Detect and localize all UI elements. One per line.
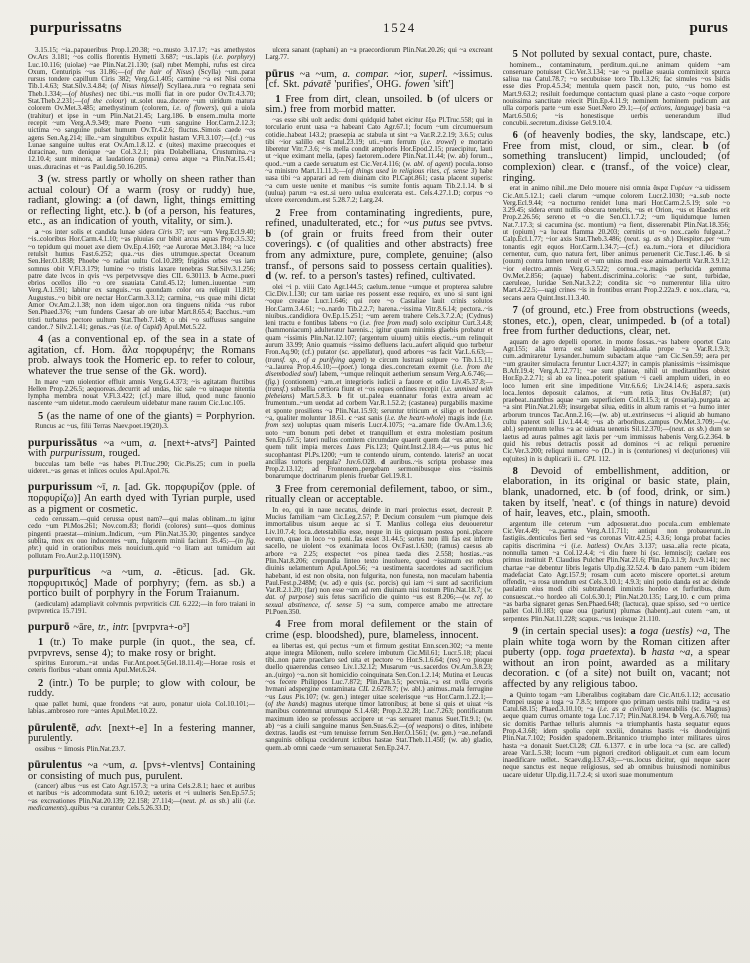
- sense-block: 2 (intr.) To be purple; to glow with col…: [28, 679, 255, 700]
- page-number: 1524: [383, 21, 416, 36]
- sense-block: 4 Free from moral defilement or the stai…: [265, 620, 492, 641]
- headword-right: purus: [689, 20, 728, 37]
- sense-block: 2 Free from contaminating ingredients, p…: [265, 209, 492, 283]
- quote-block: In eo, qui in naue necatus, deinde in ma…: [265, 507, 492, 616]
- columns: 3.15.15; ~ia..papaueribus Prop.1.20.38; …: [28, 46, 730, 812]
- quote-block: spiritus Eurorum..~at undas Fur.Ant.poet…: [28, 660, 255, 675]
- quote-block: ulcera sanant (raphani) an ~a praecordio…: [265, 47, 492, 62]
- quote-block: cedo cerussam.—quid cerussa opust nam?—q…: [28, 516, 255, 560]
- quote-block: a ~os inter solis et candida lunae sider…: [28, 229, 255, 331]
- sense-block: 1 Free from dirt, clean, unsoiled. b (of…: [265, 95, 492, 116]
- sense-block: 9 (in certain special uses): a toga (ues…: [503, 627, 730, 691]
- entry-block: purpurīticus ~a ~um, a. -ēticus. [ad. Gk…: [28, 567, 255, 600]
- quote-block: (aediculam) adampliavit colvmnis pvrpvri…: [28, 601, 255, 616]
- quote-block: hominem.., contaminatum, perditum..qui..…: [503, 62, 730, 128]
- quote-block: aquam de agro depelli oportet. in monte …: [503, 339, 730, 463]
- sense-block: 7 (of ground, etc.) Free from obstructio…: [503, 306, 730, 338]
- sense-block: 3 (w. stress partly or wholly on sheen r…: [28, 175, 255, 228]
- quote-block: In mare ~um uiolentior effluit amnis Ver…: [28, 379, 255, 408]
- entry-block: pūrulentē, adv. [next+-e] In a festering…: [28, 723, 255, 745]
- headword-left: purpurissatns: [30, 20, 122, 37]
- entry-block: purpurō ~āre, tr., intr. [pvrpvra+-o³]: [28, 622, 255, 634]
- column-3: 5 Not polluted by sexual contact, pure, …: [503, 46, 730, 812]
- entry-block: pūrus ~a ~um, a. compar. ~ior, superl. ~…: [265, 69, 492, 91]
- sense-block: 5 Not polluted by sexual contact, pure, …: [503, 50, 730, 61]
- sense-block: 3 Free from ceremonial defilement, taboo…: [265, 485, 492, 506]
- quote-block: ~as esse sibi uolt aedis: domi quidquid …: [265, 117, 492, 205]
- sense-block: 6 (of heavenly bodies, the sky, landscap…: [503, 131, 730, 184]
- dictionary-page: purpurissatns 1524 purus 3.15.15; ~ia..p…: [0, 0, 750, 963]
- entry-block: pūrulentus ~a ~um, a. [pvs+-vlentvs] Con…: [28, 760, 255, 782]
- sense-block: 1 (tr.) To make purple (in quot., the se…: [28, 638, 255, 659]
- column-1: 3.15.15; ~ia..papaueribus Prop.1.20.38; …: [28, 46, 255, 812]
- quote-block: ossibus ~ limosis Plin.Nat.23.7.: [28, 746, 255, 753]
- sense-block: 8 Devoid of embellishment, addition, or …: [503, 467, 730, 520]
- quote-block: 3.15.15; ~ia..papaueribus Prop.1.20.38; …: [28, 47, 255, 171]
- column-2: ulcera sanant (raphani) an ~a praecordio…: [265, 46, 492, 812]
- quote-block: erat in animo nihil..me Delo mouere nisi…: [503, 185, 730, 302]
- sense-block: 5 (as the name of one of the giants) = P…: [28, 412, 255, 423]
- quote-block: olei ~i p. viiii Cato Agr.144.5; caelum.…: [265, 284, 492, 481]
- running-head: purpurissatns 1524 purus: [28, 20, 730, 37]
- quote-block: ea libertas est, qui pectus ~um et firmu…: [265, 643, 492, 752]
- quote-block: argentum ille ceterum ~um adposuerat..du…: [503, 521, 730, 623]
- quote-block: Runcus ac ~us, filii Terras Naev.poet.19…: [28, 423, 255, 430]
- quote-block: a Quinto togam ~am Liberalibus cogitabam…: [503, 692, 730, 780]
- quote-block: quae pallet humi, quae frondens ~at auro…: [28, 701, 255, 716]
- entry-block: purpurissum ~ī, n. [ad. Gk. πορφυρίζον (…: [28, 482, 255, 515]
- sense-block: 4 (as a conventional ep. of the sea in a…: [28, 335, 255, 377]
- entry-block: purpurissātus ~a ~um, a. [next+-atvs²] P…: [28, 438, 255, 460]
- quote-block: bucculas tam belle ~as habes Pl.Truc.290…: [28, 461, 255, 476]
- quote-block: (cancer) albus ~us est Cato Agr.157.3; ~…: [28, 783, 255, 812]
